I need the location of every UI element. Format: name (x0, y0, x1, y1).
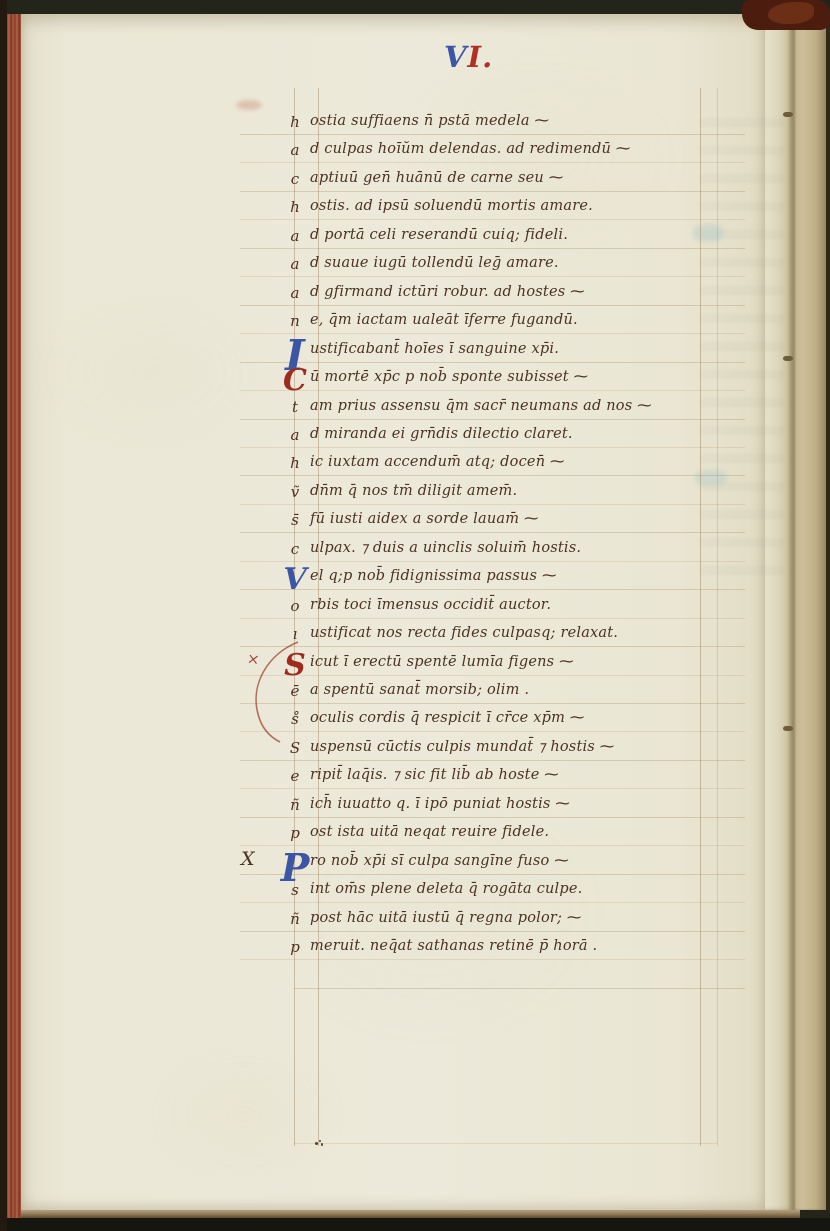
line-text: fū iusti aidex a sorde lauam̄ ⁓ (310, 511, 539, 527)
line-text: el q;p nob̄ fidignissima passus ⁓ (310, 568, 557, 584)
manuscript-line: Cū mortē xp̄c p nob̄ sponte subisset ⁓ (0, 369, 744, 397)
edge-notch (783, 356, 793, 361)
ink-speck (315, 1140, 324, 1146)
margin-letter: ı (275, 625, 315, 643)
manuscript-line: s̄fū iusti aidex a sorde lauam̄ ⁓ (0, 511, 744, 539)
background-top (0, 0, 830, 14)
line-text: ostia suffiaens n̄ pstā medela ⁓ (310, 113, 549, 129)
manuscript-line: ıustificat nos recta fides culpasq; rela… (0, 625, 744, 653)
manuscript-line: Pro nob̄ xp̄i sī culpa sangīne fuso ⁓ (0, 853, 744, 881)
manuscript-line: ad culpas hoīŭm delendas. ad redimendū … (0, 141, 744, 169)
line-text: ro nob̄ xp̄i sī culpa sangīne fuso ⁓ (310, 853, 569, 869)
margin-letter: p (275, 938, 315, 956)
line-text: ostis. ad ipsū soluendū mortis amare. (310, 198, 593, 214)
line-text: post hāc uitā iustū q̄ regna polor; ⁓ (310, 910, 582, 926)
fore-edge-stack (793, 14, 826, 1210)
manuscript-line: hostis. ad ipsū soluendū mortis amare. (0, 198, 744, 226)
fore-edge-shadow (826, 14, 830, 1210)
manuscript-line: pmeruit. neq̄at sathanas retinē p̄ hora… (0, 938, 744, 966)
margin-letter: a (275, 227, 315, 245)
margin-letter: a (275, 255, 315, 273)
line-text: int om̄s plene deleta q̄ rogāta culpe. (310, 881, 582, 897)
manuscript-line: orbis toci īmensus occidit̄ auctor. (0, 597, 744, 625)
margin-cross-red: × (246, 649, 261, 669)
line-text: ustificabant̄ hoīes ī sanguine xp̄i. (310, 341, 559, 357)
leather-binding-corner (768, 2, 814, 24)
manuscript-line: hostia suffiaens n̄ pstā medela ⁓ (0, 113, 744, 141)
margin-letter: s (275, 881, 315, 899)
illuminated-initial: C (275, 363, 315, 398)
line-text: e, q̄m iactam ualeāt īferre fugandū. (310, 312, 578, 328)
margin-letter: t (275, 398, 315, 416)
line-text: ich̄ iuuatto q. ī ipō puniat hostis ⁓ (310, 796, 570, 812)
margin-letter: ṽ (275, 483, 315, 501)
edge-notch (783, 112, 793, 117)
line-text: ic iuxtam accendum̄ atq; docen̄ ⁓ (310, 454, 565, 470)
manuscript-line: s̊oculis cordis q̄ respicit ī cr̄ce xp̄… (0, 710, 744, 738)
margin-letter: c (275, 170, 315, 188)
manuscript-line: culpax. ⁊ duis a uinclis soluim̄ hostis. (0, 540, 744, 568)
line-text: ustificat nos recta fides culpasq; relax… (310, 625, 618, 641)
margin-letter: n (275, 312, 315, 330)
line-text: d gfirmand ictūri robur. ad hostes ⁓ (310, 284, 585, 300)
margin-letter: ē (275, 682, 315, 700)
manuscript-line: Suspensū cūctis culpis mundat̄ ⁊ hosti… (0, 739, 744, 767)
manuscript-line: ēa spentū sanat̄ morsib; olim . (0, 682, 744, 710)
edge-notch (783, 726, 793, 731)
line-text: rbis toci īmensus occidit̄ auctor. (310, 597, 551, 613)
manuscript-line: ad suaue iugū tollendū leḡ amare. (0, 255, 744, 283)
line-text: icut ī erectū spentē lumīa figens ⁓ (310, 654, 574, 670)
red-smudge (236, 100, 262, 110)
manuscript-line: ad portā celi reserandū cuiq; fideli. (0, 227, 744, 255)
line-text: d suaue iugū tollendū leḡ amare. (310, 255, 559, 271)
manuscript-line: Sicut ī erectū spentē lumīa figens ⁓ (0, 654, 744, 682)
line-text: ost ista uitā neqat reuire fidele. (310, 824, 549, 840)
margin-cross-black: X (241, 848, 255, 870)
line-text: a spentū sanat̄ morsib; olim . (310, 682, 529, 698)
manuscript-line: ne, q̄m iactam ualeāt īferre fugandū. (0, 312, 744, 340)
manuscript-line: sint om̄s plene deleta q̄ rogāta culpe. (0, 881, 744, 909)
manuscript-line: tam prius assensu q̄m sacr̄ neumans ad n… (0, 398, 744, 426)
manuscript-line: ad gfirmand ictūri robur. ad hostes ⁓ (0, 284, 744, 312)
page-heading-numeral: VI. (444, 40, 493, 74)
manuscript-line: ñpost hāc uitā iustū q̄ regna polor;… (0, 910, 744, 938)
line-text: ripit̄ laq̄is. ⁊ sic fit lib̄ ab hoste ⁓ (310, 767, 559, 783)
margin-letter: c (275, 540, 315, 558)
margin-letter: a (275, 284, 315, 302)
margin-letter: ñ (275, 910, 315, 928)
horizontal-rule (294, 1143, 717, 1144)
margin-letter: S (275, 739, 315, 757)
manuscript-line: Vel q;p nob̄ fidignissima passus ⁓ (0, 568, 744, 596)
background-bottom (0, 1218, 830, 1231)
line-text: dn̄m q̄ nos tm̄ diligit amem̄. (310, 483, 517, 499)
margin-letter: s̄ (275, 511, 315, 529)
margin-letter: h (275, 454, 315, 472)
manuscript-line: ad miranda ei grn̄dis dilectio claret. (0, 426, 744, 454)
margin-letter: h (275, 198, 315, 216)
line-text: am prius assensu q̄m sacr̄ neumans ad no… (310, 398, 652, 414)
heading-numeral-blue: V (444, 40, 468, 74)
horizontal-rule (294, 988, 745, 989)
illuminated-initial: S (275, 648, 315, 683)
margin-letter: e (275, 767, 315, 785)
manuscript-line: captiuū gen̄ huānū de carne seu ⁓ (0, 170, 744, 198)
margin-letter: a (275, 141, 315, 159)
line-text: ū mortē xp̄c p nob̄ sponte subisset ⁓ (310, 369, 588, 385)
manuscript-line: hic iuxtam accendum̄ atq; docen̄ ⁓ (0, 454, 744, 482)
line-text: meruit. neq̄at sathanas retinē p̄ horā… (310, 938, 597, 954)
manuscript-line: post ista uitā neqat reuire fidele. (0, 824, 744, 852)
line-text: oculis cordis q̄ respicit ī cr̄ce xp̄m … (310, 710, 585, 726)
margin-letter: p (275, 824, 315, 842)
manuscript-photo: VI. hostia suffiaens n̄ pstā medela ⁓ad… (0, 0, 830, 1231)
manuscript-line: Iustificabant̄ hoīes ī sanguine xp̄i. (0, 341, 744, 369)
illuminated-initial: V (275, 562, 315, 597)
line-text: uspensū cūctis culpis mundat̄ ⁊ hostis… (310, 739, 614, 755)
margin-letter: ñ (275, 796, 315, 814)
line-text: d miranda ei grn̄dis dilectio claret. (310, 426, 573, 442)
heading-numeral-red: I. (468, 40, 494, 74)
margin-letter: h (275, 113, 315, 131)
margin-letter: s̊ (275, 710, 315, 728)
manuscript-line: ṽdn̄m q̄ nos tm̄ diligit amem̄. (0, 483, 744, 511)
margin-letter: o (275, 597, 315, 615)
manuscript-line: eripit̄ laq̄is. ⁊ sic fit lib̄ ab hoste … (0, 767, 744, 795)
line-text: aptiuū gen̄ huānū de carne seu ⁓ (310, 170, 563, 186)
line-text: ulpax. ⁊ duis a uinclis soluim̄ hostis. (310, 540, 581, 556)
line-text: d culpas hoīŭm delendas. ad redimendū ⁓ (310, 141, 631, 157)
margin-letter: a (275, 426, 315, 444)
manuscript-line: ñich̄ iuuatto q. ī ipō puniat hostis … (0, 796, 744, 824)
line-text: d portā celi reserandū cuiq; fideli. (310, 227, 568, 243)
